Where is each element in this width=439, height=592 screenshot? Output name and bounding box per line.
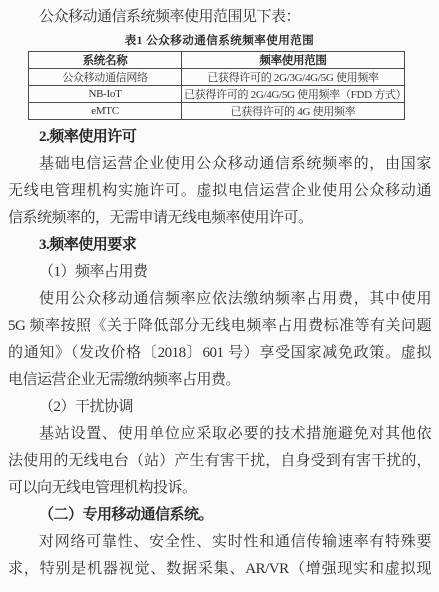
table-row: eMTC 已获得许可的 4G 使用频率 — [29, 103, 405, 120]
paragraph-line: 基站设置、使用单位应采取必要的技术措施避免对其他依 — [8, 421, 431, 448]
intro-line: 公众移动通信系统频率使用范围见下表： — [8, 4, 431, 31]
table-row: 公众移动通信网络 已获得许可的 2G/3G/4G/5G 使用频率 — [29, 69, 405, 86]
subsection-1-heading: （1）频率占用费 — [8, 259, 431, 286]
table-header-frequency-range: 频率使用范围 — [182, 52, 405, 69]
document-page: 公众移动通信系统频率使用范围见下表： 表1 公众移动通信系统频率使用范围 系统名… — [0, 0, 439, 592]
paragraph-line: 可以向无线电管理机构投诉。 — [8, 475, 431, 502]
paragraph-line: 5G 频率按照《关于降低部分无线电频率占用费标准等有关问题 — [8, 313, 431, 340]
section-2-heading: 2.频率使用许可 — [8, 124, 431, 151]
table-cell-system-name: 公众移动通信网络 — [29, 69, 182, 86]
paragraph-line: 使用公众移动通信频率应依法缴纳频率占用费，其中使用 — [8, 286, 431, 313]
section-3-heading: 3.频率使用要求 — [8, 232, 431, 259]
table-header-system-name: 系统名称 — [29, 52, 182, 69]
table-cell-system-name: NB-IoT — [29, 86, 182, 103]
paragraph-line: 电信运营企业无需缴纳频率占用费。 — [8, 367, 431, 394]
paragraph-line: 对网络可靠性、安全性、实时性和通信传输速率有特殊要 — [8, 529, 431, 556]
subsection-2-heading: （2）干扰协调 — [8, 394, 431, 421]
table-cell-frequency-range: 已获得许可的 2G/4G/5G 使用频率（FDD 方式） — [182, 86, 405, 103]
table-cell-frequency-range: 已获得许可的 2G/3G/4G/5G 使用频率 — [182, 69, 405, 86]
paragraph-line: 求，特别是机器视觉、数据采集、AR/VR（增强现实和虚拟现 — [8, 556, 431, 583]
frequency-usage-table: 系统名称 频率使用范围 公众移动通信网络 已获得许可的 2G/3G/4G/5G … — [28, 51, 405, 120]
table-caption: 表1 公众移动通信系统频率使用范围 — [8, 31, 431, 51]
table-cell-frequency-range: 已获得许可的 4G 使用频率 — [182, 103, 405, 120]
section-b2-heading: （二）专用移动通信系统。 — [8, 502, 431, 529]
paragraph-line: 法使用的无线电台（站）产生有害干扰，自身受到有害干扰的， — [8, 448, 431, 475]
paragraph-line: 基础电信运营企业使用公众移动通信系统频率的，由国家 — [8, 151, 431, 178]
paragraph-line: 信系统频率的，无需申请无线电频率使用许可。 — [8, 205, 431, 232]
paragraph-line: 的通知》（发改价格〔2018〕601 号）享受国家减免政策。虚拟 — [8, 340, 431, 367]
paragraph-line: 无线电管理机构实施许可。虚拟电信运营企业使用公众移动通 — [8, 178, 431, 205]
table-header-row: 系统名称 频率使用范围 — [29, 52, 405, 69]
table-row: NB-IoT 已获得许可的 2G/4G/5G 使用频率（FDD 方式） — [29, 86, 405, 103]
table-cell-system-name: eMTC — [29, 103, 182, 120]
